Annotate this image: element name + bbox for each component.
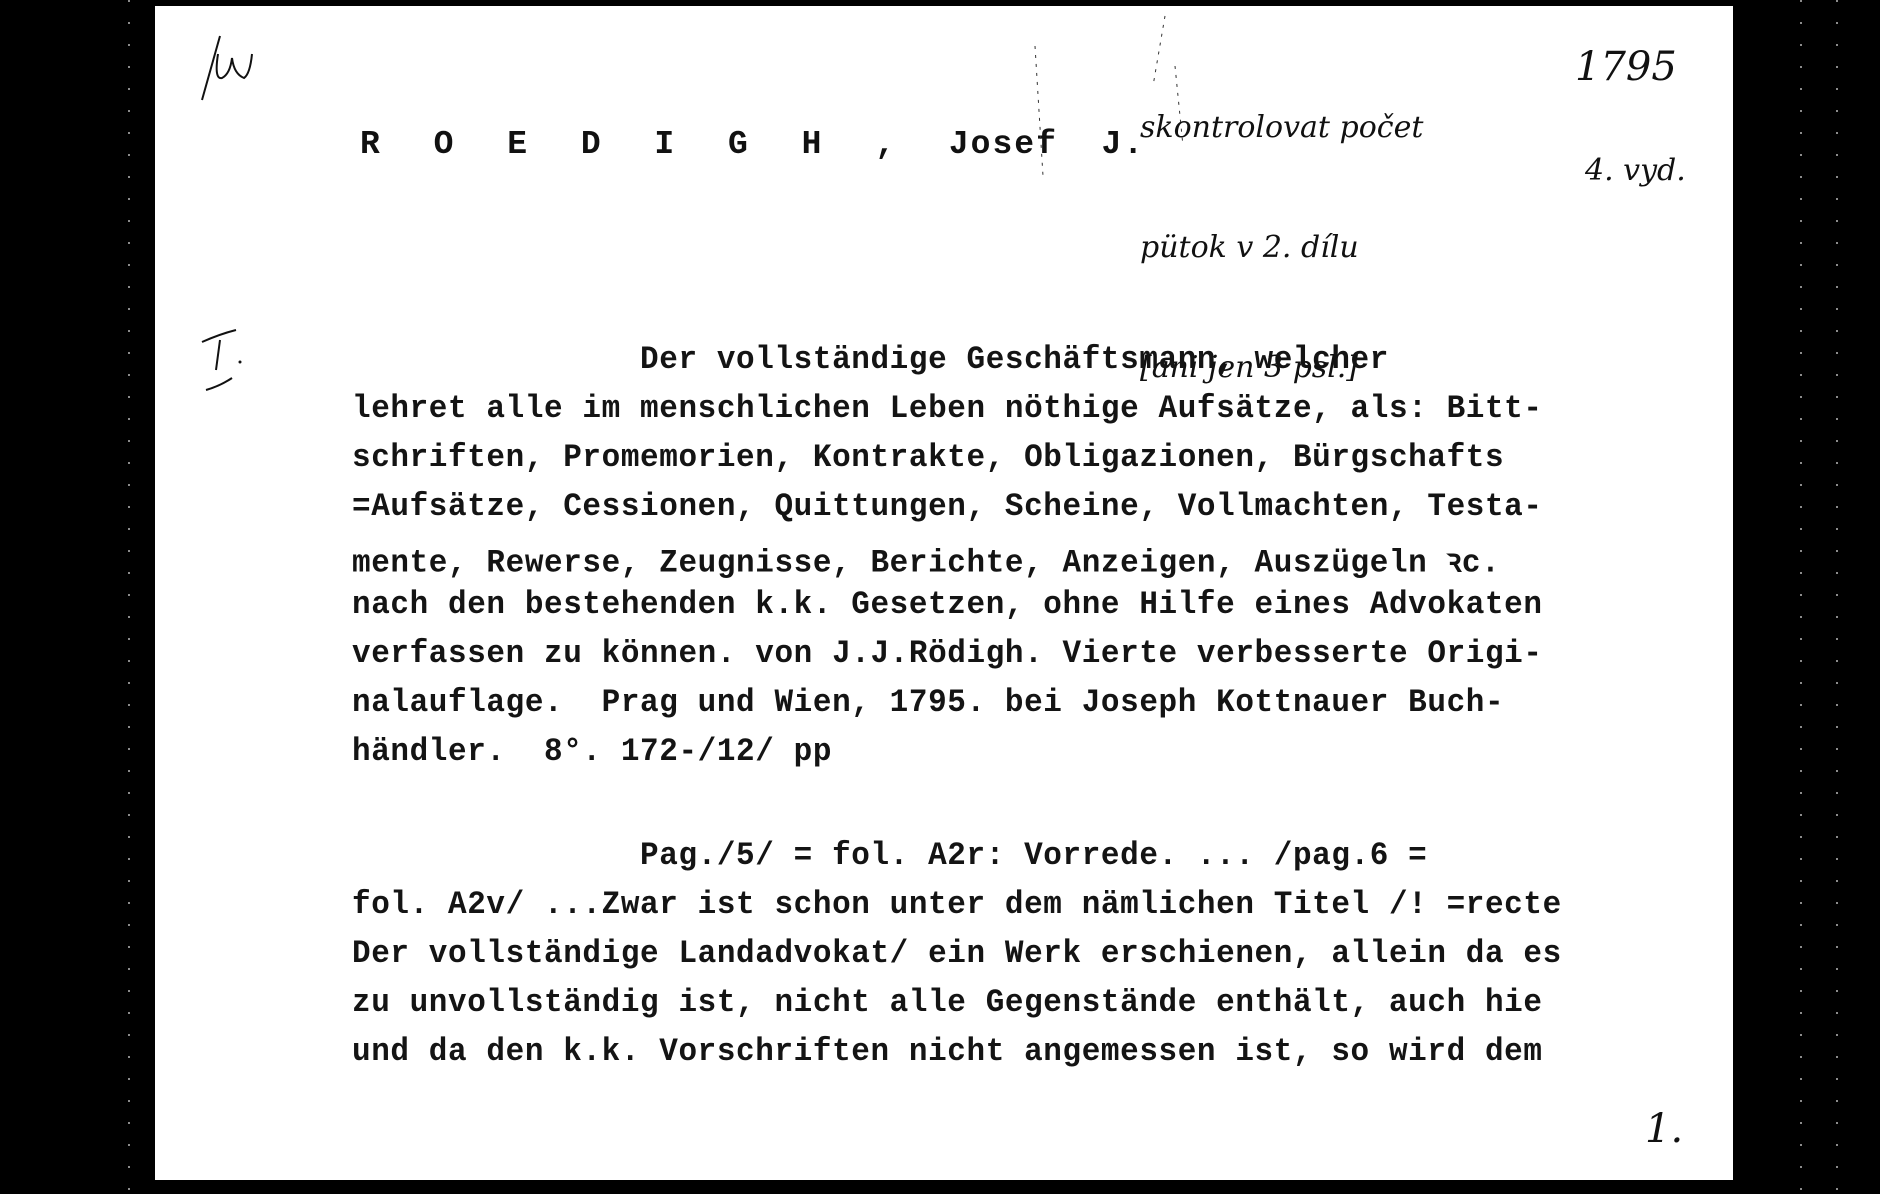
text-line: verfassen zu können. von J.J.Rödigh. Vie… [352,636,1543,673]
note-line-1: skontrolovat počet [1140,108,1423,148]
text-line: Der vollständige Geschäftsmann, welcher [352,342,1389,379]
author-surname: R O E D I G H , [360,126,912,163]
catalog-card: R O E D I G H , Josef J. skontrolovat po… [155,6,1733,1180]
card-number: 1. [1645,1106,1683,1152]
handwritten-edition: 4. vyd. [1585,151,1686,191]
text-line: händler. 8°. 172-/12/ pp [352,734,832,771]
text-line: =Aufsätze, Cessionen, Quittungen, Schein… [352,489,1543,526]
text-line: schriften, Promemorien, Kontrakte, Oblig… [352,440,1504,477]
scan-edge-noise-left [128,0,130,1194]
margin-numeral-icon [200,326,250,396]
scan-edge-noise-right-2 [1836,0,1838,1194]
text-line: fol. A2v/ ...Zwar ist schon unter dem nä… [352,887,1562,924]
handwritten-year: 1795 [1575,44,1677,90]
note-line-2: pütok v 2. dílu [1140,228,1423,268]
text-line: lehret alle im menschlichen Leben nöthig… [352,391,1543,428]
text-line: Pag./5/ = fol. A2r: Vorrede. ... /pag.6 … [352,838,1427,875]
handwritten-mark-icon [200,34,260,104]
text-line: Der vollständige Landadvokat/ ein Werk e… [352,936,1562,973]
text-line: nach den bestehenden k.k. Gesetzen, ohne… [352,587,1543,624]
text-line: und da den k.k. Vorschriften nicht angem… [352,1034,1543,1071]
text-line: nalauflage. Prag und Wien, 1795. bei Jos… [352,685,1504,722]
scan-edge-noise-right-1 [1800,0,1802,1194]
text-line: mente, Rewerse, Zeugnisse, Berichte, Anz… [352,538,1500,582]
text-line: zu unvollständig ist, nicht alle Gegenst… [352,985,1543,1022]
